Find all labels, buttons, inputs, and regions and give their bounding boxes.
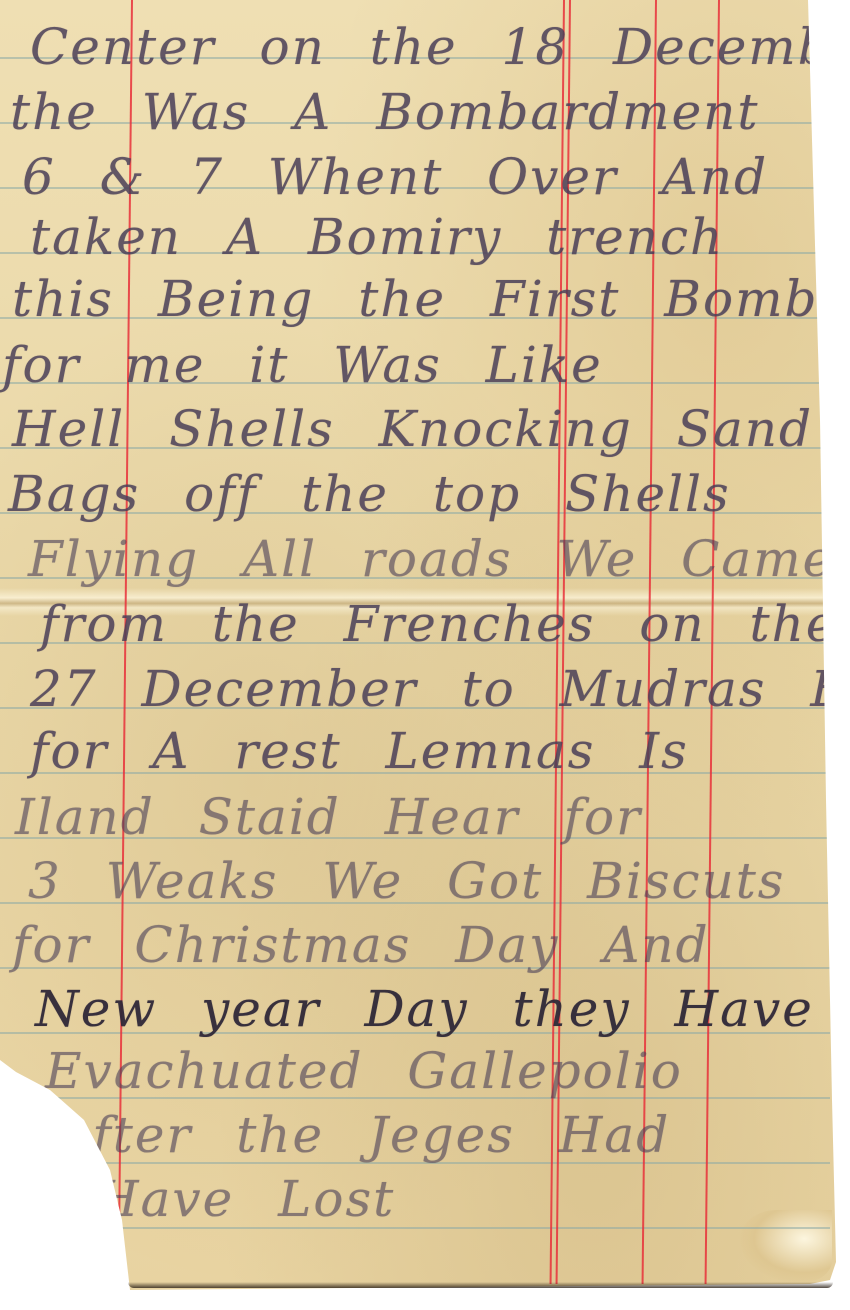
- text-line: New year Day they Have: [35, 980, 850, 1050]
- text-line: Center on the 18 December: [30, 18, 850, 88]
- paper-bottom-edge-shadow: [128, 1282, 833, 1288]
- text-line: for A rest Lemnas Is: [30, 722, 850, 792]
- text-line: from the Frenches on the: [40, 595, 850, 665]
- text-line: the Was A Bombardment: [10, 83, 840, 153]
- aged-paper-sheet: Center on the 18 December the Was A Bomb…: [0, 0, 850, 1310]
- text-line: Have Lost: [95, 1170, 850, 1240]
- text-line: 3 Weaks We Got Biscuts: [28, 852, 850, 922]
- text-line: 27 December to Mudras East: [30, 660, 850, 730]
- text-line: for me it Was Like: [2, 336, 832, 406]
- text-line: for Christmas Day And: [12, 916, 842, 986]
- text-line: taken A Bomiry trench: [30, 208, 850, 278]
- text-line: Iland Staid Hear for: [15, 788, 845, 858]
- text-line: this Being the First Bombard: [12, 270, 842, 340]
- text-line: Hell Shells Knocking Sand: [12, 400, 842, 470]
- text-line: Flying All roads We Came: [28, 530, 850, 600]
- text-line: After the Jeges Had: [55, 1106, 850, 1176]
- document-page: Center on the 18 December the Was A Bomb…: [0, 0, 850, 1310]
- text-line: Bags off the top Shells: [8, 465, 838, 535]
- text-line: Evachuated Gallepolio: [45, 1042, 850, 1112]
